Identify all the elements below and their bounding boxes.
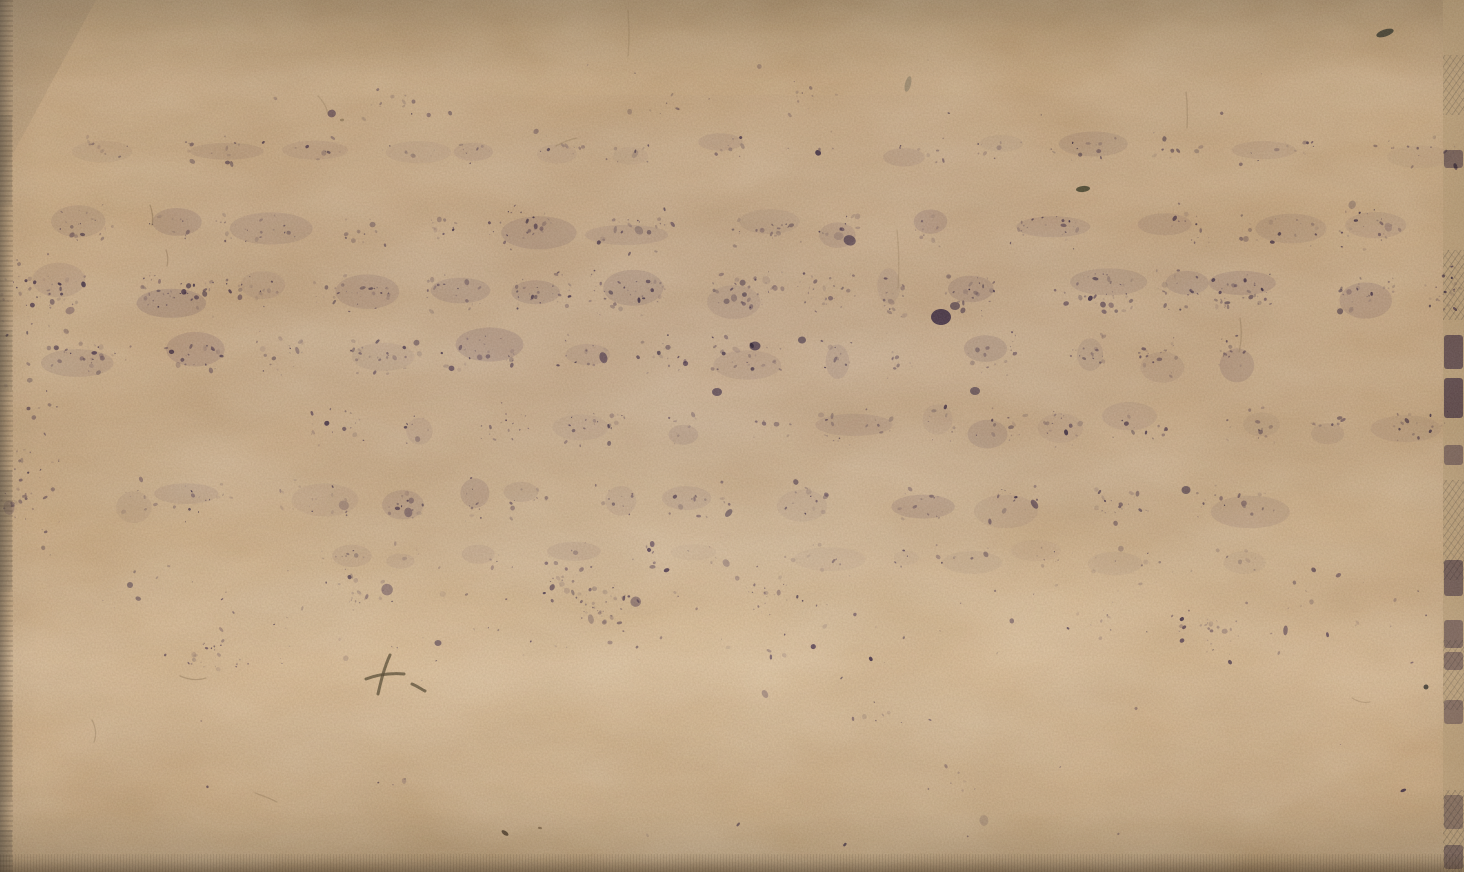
paper-grain-light	[0, 0, 1464, 872]
ink-bleed-layer	[0, 0, 1464, 872]
postcard-reverse-scan	[0, 0, 1464, 872]
